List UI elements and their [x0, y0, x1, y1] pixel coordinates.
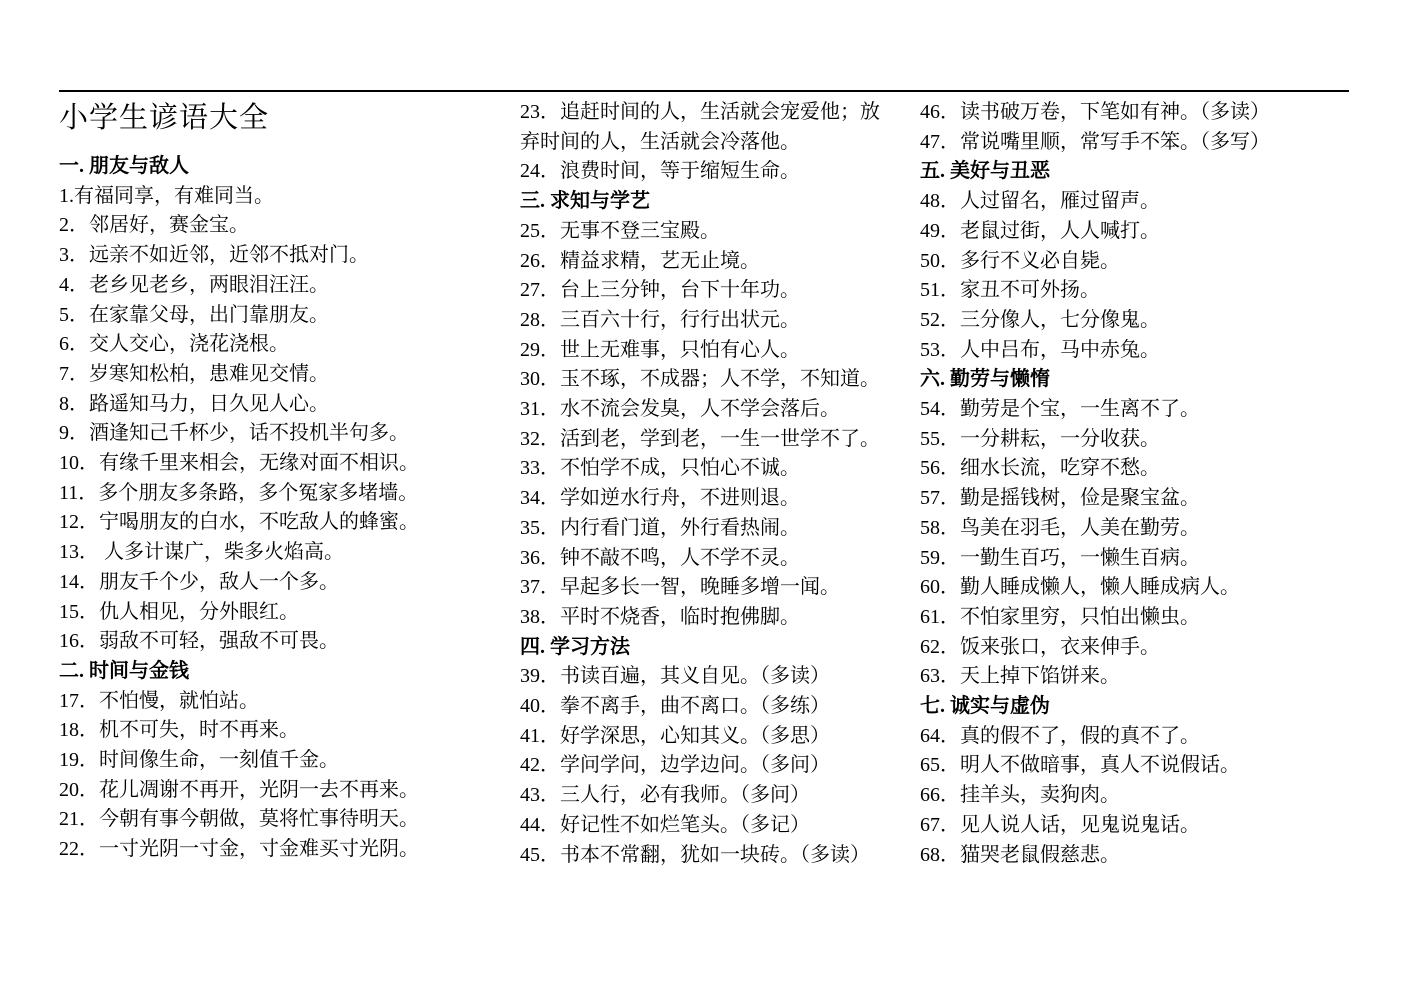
proverb-item: 33．不怕学不成，只怕心不诚。 [520, 454, 888, 484]
section-heading: 一. 朋友与敌人 [59, 152, 463, 182]
proverb-item: 47．常说嘴里顺，常写手不笨。（多写） [920, 128, 1306, 158]
proverb-item: 19．时间像生命，一刻值千金。 [59, 746, 463, 776]
proverb-item: 23．追赶时间的人，生活就会宠爱他；放弃时间的人，生活就会冷落他。 [520, 98, 888, 157]
proverb-item: 8．路遥知马力，日久见人心。 [59, 390, 463, 420]
header-rule [59, 90, 1349, 92]
proverb-item: 21．今朝有事今朝做，莫将忙事待明天。 [59, 805, 463, 835]
proverb-item: 31．水不流会发臭，人不学会落后。 [520, 395, 888, 425]
proverb-item: 10．有缘千里来相会，无缘对面不相识。 [59, 449, 463, 479]
section-heading: 五. 美好与丑恶 [920, 157, 1306, 187]
proverb-item: 66．挂羊头，卖狗肉。 [920, 781, 1306, 811]
proverb-item: 49．老鼠过街，人人喊打。 [920, 217, 1306, 247]
proverb-item: 26．精益求精，艺无止境。 [520, 247, 888, 277]
proverb-item: 54．勤劳是个宝，一生离不了。 [920, 395, 1306, 425]
proverb-item: 67．见人说人话，见鬼说鬼话。 [920, 811, 1306, 841]
proverb-item: 57．勤是摇钱树，俭是聚宝盆。 [920, 484, 1306, 514]
proverb-item: 29．世上无难事，只怕有心人。 [520, 336, 888, 366]
proverb-item: 14．朋友千个少，敌人一个多。 [59, 568, 463, 598]
proverb-item: 15．仇人相见，分外眼红。 [59, 598, 463, 628]
proverb-item: 42．学问学问，边学边问。（多问） [520, 751, 888, 781]
section-heading: 七. 诚实与虚伪 [920, 692, 1306, 722]
proverb-item: 61．不怕家里穷，只怕出懒虫。 [920, 603, 1306, 633]
proverb-item: 16．弱敌不可轻，强敌不可畏。 [59, 627, 463, 657]
proverb-item: 2．邻居好，赛金宝。 [59, 211, 463, 241]
proverb-item: 7．岁寒知松柏，患难见交情。 [59, 360, 463, 390]
proverb-item: 55．一分耕耘，一分收获。 [920, 425, 1306, 455]
proverb-item: 51．家丑不可外扬。 [920, 276, 1306, 306]
proverb-item: 63．天上掉下馅饼来。 [920, 662, 1306, 692]
document-page: 小学生谚语大全一. 朋友与敌人1.有福同享，有难同当。2．邻居好，赛金宝。3．远… [0, 0, 1404, 993]
proverb-item: 45．书本不常翻，犹如一块砖。（多读） [520, 841, 888, 871]
proverb-item: 22．一寸光阴一寸金，寸金难买寸光阴。 [59, 835, 463, 865]
proverb-item: 36．钟不敲不鸣，人不学不灵。 [520, 544, 888, 574]
proverb-item: 1.有福同享，有难同当。 [59, 182, 463, 212]
proverb-item: 12．宁喝朋友的白水，不吃敌人的蜂蜜。 [59, 508, 463, 538]
section-heading: 三. 求知与学艺 [520, 187, 888, 217]
proverb-item: 5．在家靠父母，出门靠朋友。 [59, 301, 463, 331]
proverb-item: 11．多个朋友多条路，多个冤家多堵墙。 [59, 479, 463, 509]
proverb-item: 43．三人行，必有我师。（多问） [520, 781, 888, 811]
proverb-item: 39．书读百遍，其义自见。（多读） [520, 662, 888, 692]
proverb-item: 9．酒逢知己千杯少，话不投机半句多。 [59, 419, 463, 449]
section-heading: 二. 时间与金钱 [59, 657, 463, 687]
text-column-2: 23．追赶时间的人，生活就会宠爱他；放弃时间的人，生活就会冷落他。24．浪费时间… [520, 98, 888, 870]
proverb-item: 46．读书破万卷，下笔如有神。（多读） [920, 98, 1306, 128]
proverb-item: 13． 人多计谋广，柴多火焰高。 [59, 538, 463, 568]
proverb-item: 53．人中吕布，马中赤兔。 [920, 336, 1306, 366]
proverb-item: 37．早起多长一智，晚睡多增一闻。 [520, 573, 888, 603]
proverb-item: 64．真的假不了，假的真不了。 [920, 722, 1306, 752]
proverb-item: 48．人过留名，雁过留声。 [920, 187, 1306, 217]
proverb-item: 68．猫哭老鼠假慈悲。 [920, 841, 1306, 871]
proverb-item: 40．拳不离手，曲不离口。（多练） [520, 692, 888, 722]
proverb-item: 32．活到老，学到老，一生一世学不了。 [520, 425, 888, 455]
proverb-item: 52．三分像人，七分像鬼。 [920, 306, 1306, 336]
proverb-item: 50．多行不义必自毙。 [920, 247, 1306, 277]
proverb-item: 20．花儿凋谢不再开，光阴一去不再来。 [59, 776, 463, 806]
proverb-item: 41．好学深思，心知其义。（多思） [520, 722, 888, 752]
proverb-item: 65．明人不做暗事，真人不说假话。 [920, 751, 1306, 781]
text-column-1: 小学生谚语大全一. 朋友与敌人1.有福同享，有难同当。2．邻居好，赛金宝。3．远… [59, 98, 463, 865]
proverb-item: 25．无事不登三宝殿。 [520, 217, 888, 247]
proverb-item: 6．交人交心，浇花浇根。 [59, 330, 463, 360]
proverb-item: 28．三百六十行，行行出状元。 [520, 306, 888, 336]
proverb-item: 4．老乡见老乡，两眼泪汪汪。 [59, 271, 463, 301]
proverb-item: 60．勤人睡成懒人，懒人睡成病人。 [920, 573, 1306, 603]
page-title: 小学生谚语大全 [59, 98, 463, 138]
proverb-item: 24．浪费时间，等于缩短生命。 [520, 157, 888, 187]
section-heading: 六. 勤劳与懒惰 [920, 365, 1306, 395]
proverb-item: 18．机不可失，时不再来。 [59, 716, 463, 746]
proverb-item: 62．饭来张口，衣来伸手。 [920, 633, 1306, 663]
proverb-item: 17．不怕慢，就怕站。 [59, 687, 463, 717]
text-column-3: 46．读书破万卷，下笔如有神。（多读）47．常说嘴里顺，常写手不笨。（多写）五.… [920, 98, 1306, 870]
proverb-item: 59．一勤生百巧，一懒生百病。 [920, 544, 1306, 574]
proverb-item: 44．好记性不如烂笔头。（多记） [520, 811, 888, 841]
proverb-item: 35．内行看门道，外行看热闹。 [520, 514, 888, 544]
proverb-item: 56．细水长流，吃穿不愁。 [920, 454, 1306, 484]
proverb-item: 34．学如逆水行舟，不进则退。 [520, 484, 888, 514]
proverb-item: 30．玉不琢，不成器；人不学，不知道。 [520, 365, 888, 395]
proverb-item: 3．远亲不如近邻，近邻不抵对门。 [59, 241, 463, 271]
proverb-item: 27．台上三分钟，台下十年功。 [520, 276, 888, 306]
proverb-item: 38．平时不烧香，临时抱佛脚。 [520, 603, 888, 633]
section-heading: 四. 学习方法 [520, 633, 888, 663]
proverb-item: 58．鸟美在羽毛，人美在勤劳。 [920, 514, 1306, 544]
